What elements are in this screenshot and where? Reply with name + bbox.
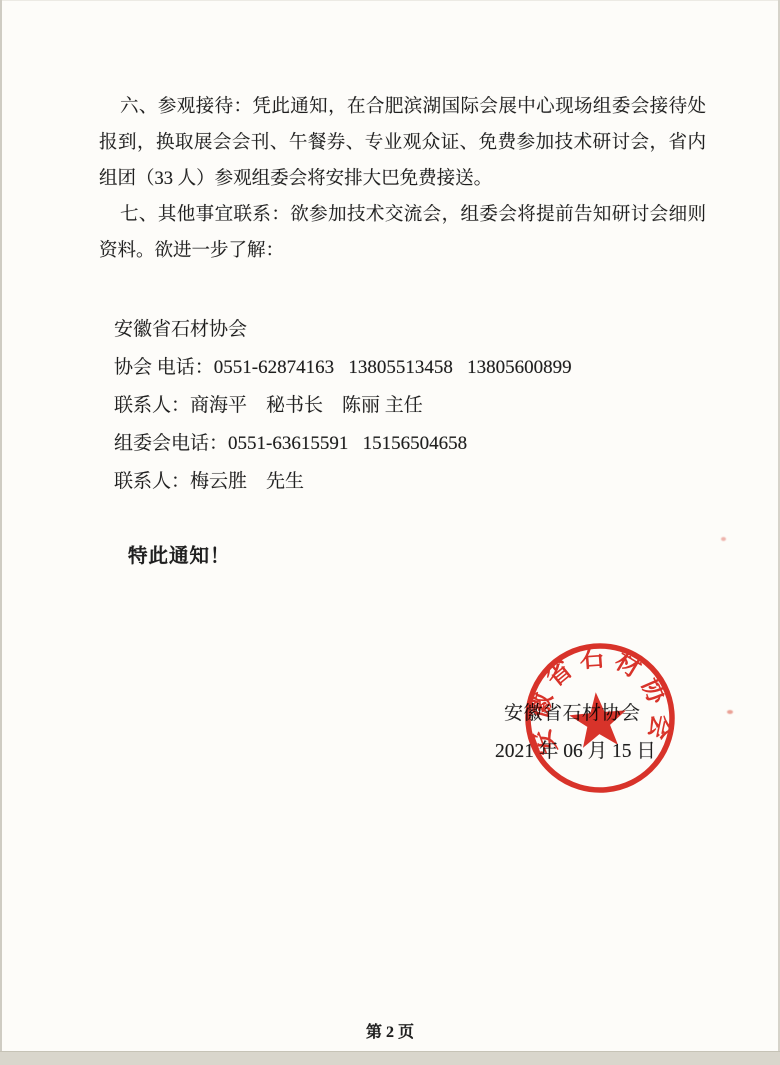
association-contact-line: 联系人：商海平 秘书长 陈丽 主任 [114, 387, 572, 425]
contact-block: 安徽省石材协会 协会 电话：0551-62874163 13805513458 … [114, 311, 572, 501]
page-number: 第 2 页 [0, 1019, 780, 1042]
body-line: 报到，换取展会会刊、午餐券、专业观众证、免费参加技术研讨会，省内 [99, 125, 706, 161]
body-line: 组团（33 人）参观组委会将安排大巴免费接送。 [99, 161, 706, 197]
scan-edge-top [0, 0, 780, 1]
scan-speck [721, 537, 726, 541]
committee-contact-line: 联系人：梅云胜 先生 [114, 463, 572, 501]
body-text: 六、参观接待：凭此通知，在合肥滨湖国际会展中心现场组委会接待处 报到，换取展会会… [99, 89, 706, 269]
committee-phone-line: 组委会电话：0551-63615591 15156504658 [114, 425, 572, 463]
scan-speck [727, 710, 733, 714]
body-line: 七、其他事宜联系：欲参加技术交流会，组委会将提前告知研讨会细则 [99, 197, 706, 233]
closing-notice: 特此通知！ [128, 540, 231, 568]
body-line: 资料。欲进一步了解： [99, 233, 706, 269]
official-seal: 安徽省石材协会 [513, 631, 686, 804]
paragraph-six: 六、参观接待：凭此通知，在合肥滨湖国际会展中心现场组委会接待处 报到，换取展会会… [99, 89, 706, 197]
seal-star-icon [567, 690, 629, 749]
body-line: 六、参观接待：凭此通知，在合肥滨湖国际会展中心现场组委会接待处 [99, 89, 706, 125]
scan-edge-left [0, 0, 2, 1065]
association-phone-line: 协会 电话：0551-62874163 13805513458 13805600… [114, 349, 572, 387]
paragraph-seven: 七、其他事宜联系：欲参加技术交流会，组委会将提前告知研讨会细则 资料。欲进一步了… [99, 197, 706, 269]
scan-edge-bottom [0, 1051, 780, 1065]
association-name: 安徽省石材协会 [114, 311, 572, 349]
document-page: 六、参观接待：凭此通知，在合肥滨湖国际会展中心现场组委会接待处 报到，换取展会会… [0, 0, 780, 1065]
